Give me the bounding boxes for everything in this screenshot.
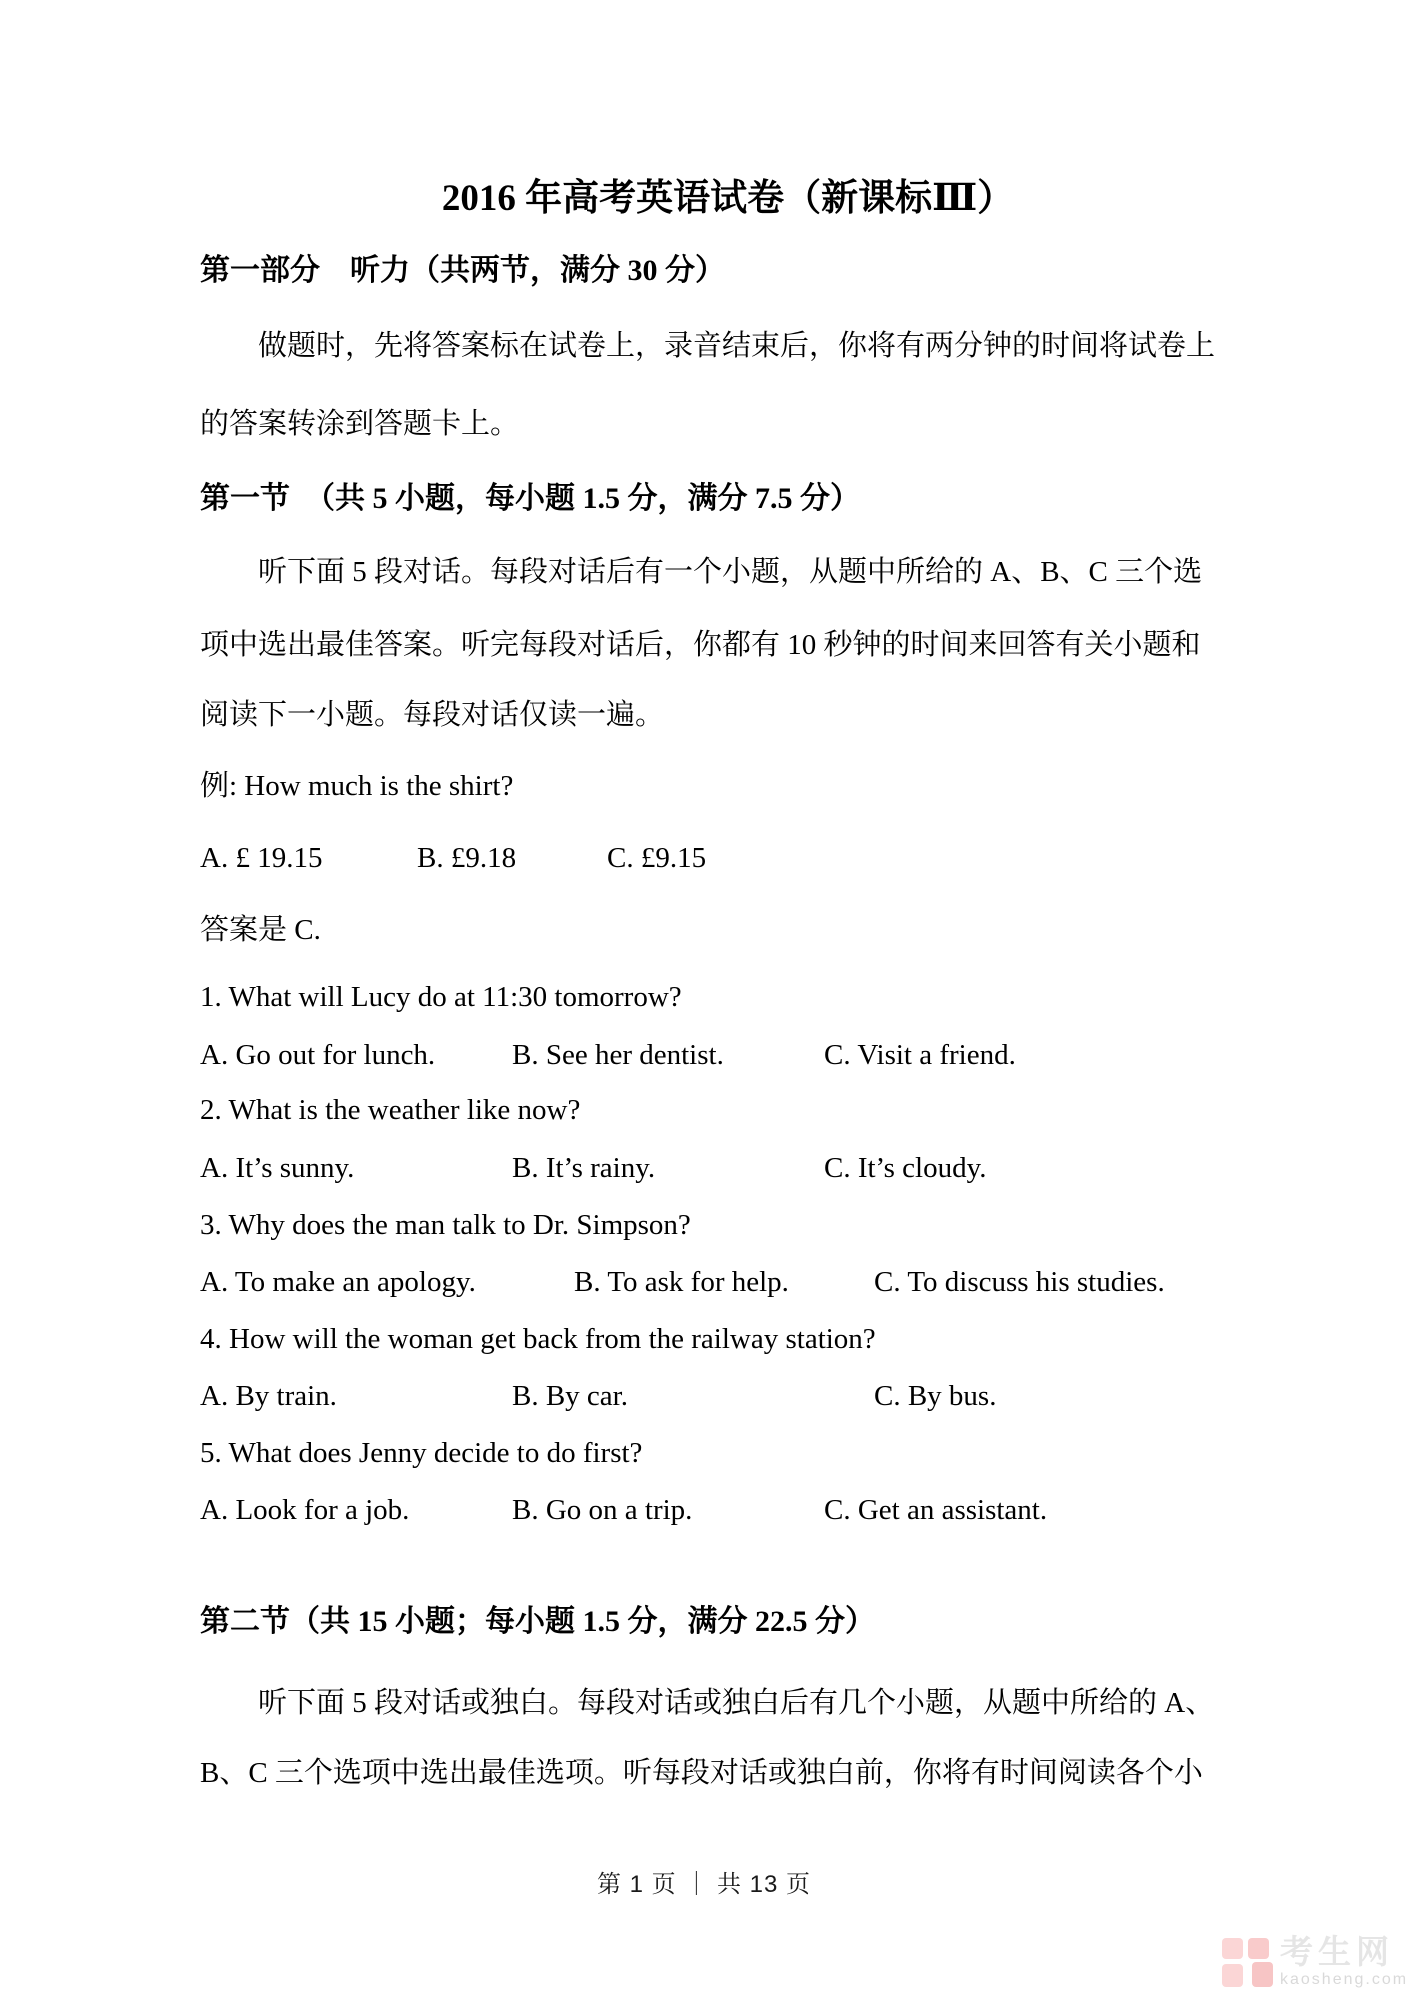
example-answer: 答案是 C. (200, 910, 1256, 950)
section1-instructions-line-1: 听下面 5 段对话。每段对话后有一个小题，从题中所给的 A、B、C 三个选 (200, 552, 1314, 592)
example-option-c: C. £9.15 (607, 838, 706, 878)
question-5-option-c: C. Get an assistant. (824, 1490, 1047, 1530)
section1-instructions-line-3: 阅读下一小题。每段对话仅读一遍。 (200, 695, 1256, 735)
watermark-text: 考生网 kaosheng.com (1280, 1934, 1408, 1989)
question-3-option-c: C. To discuss his studies. (874, 1262, 1165, 1302)
watermark-brand: 考生网 (1280, 1934, 1408, 1970)
question-1-options-row: A. Go out for lunch. B. See her dentist.… (200, 1035, 1256, 1075)
question-4-option-b: B. By car. (512, 1376, 628, 1416)
question-3-options-row: A. To make an apology. B. To ask for hel… (200, 1262, 1256, 1302)
watermark-domain: kaosheng.com (1280, 1970, 1408, 1989)
example-option-b: B. £9.18 (417, 838, 516, 878)
part1-heading: 第一部分 听力（共两节，满分 30 分） (200, 251, 1256, 291)
part1-intro-line-2: 的答案转涂到答题卡上。 (200, 404, 1256, 444)
section2-instructions-line-1: 听下面 5 段对话或独白。每段对话或独白后有几个小题，从题中所给的 A、 (200, 1683, 1314, 1723)
example-option-a: A. £ 19.15 (200, 838, 322, 878)
question-3-option-a: A. To make an apology. (200, 1262, 476, 1302)
section2-instructions-line-2: B、C 三个选项中选出最佳选项。听每段对话或独白前，你将有时间阅读各个小 (200, 1753, 1256, 1793)
section2-heading: 第二节（共 15 小题；每小题 1.5 分，满分 22.5 分） (200, 1602, 1256, 1642)
question-4-prompt: 4. How will the woman get back from the … (200, 1319, 1256, 1359)
site-watermark: 考生网 kaosheng.com (1222, 1934, 1402, 1994)
part1-intro-line-1: 做题时，先将答案标在试卷上，录音结束后，你将有两分钟的时间将试卷上 (200, 326, 1314, 366)
question-1-prompt: 1. What will Lucy do at 11:30 tomorrow? (200, 977, 1256, 1017)
exam-title: 2016 年高考英语试卷（新课标Ⅲ） (200, 175, 1256, 215)
example-options-row: A. £ 19.15 B. £9.18 C. £9.15 (200, 838, 1256, 878)
question-5-option-a: A. Look for a job. (200, 1490, 409, 1530)
question-1-option-b: B. See her dentist. (512, 1035, 724, 1075)
kaosheng-logo-icon (1222, 1934, 1276, 1990)
question-3-option-b: B. To ask for help. (574, 1262, 789, 1302)
section1-heading: 第一节 （共 5 小题，每小题 1.5 分，满分 7.5 分） (200, 479, 1256, 519)
example-prompt: 例: How much is the shirt? (200, 766, 1256, 806)
question-1-option-a: A. Go out for lunch. (200, 1035, 435, 1075)
question-2-prompt: 2. What is the weather like now? (200, 1090, 1256, 1130)
section1-instructions-line-2: 项中选出最佳答案。听完每段对话后，你都有 10 秒钟的时间来回答有关小题和 (200, 625, 1256, 665)
question-1-option-c: C. Visit a friend. (824, 1035, 1016, 1075)
question-4-option-a: A. By train. (200, 1376, 337, 1416)
question-2-option-a: A. It’s sunny. (200, 1148, 354, 1188)
page-footer: 第 1 页 ｜ 共 13 页 (0, 1868, 1408, 1902)
question-2-option-c: C. It’s cloudy. (824, 1148, 986, 1188)
question-5-option-b: B. Go on a trip. (512, 1490, 692, 1530)
question-2-option-b: B. It’s rainy. (512, 1148, 655, 1188)
question-5-options-row: A. Look for a job. B. Go on a trip. C. G… (200, 1490, 1256, 1530)
question-5-prompt: 5. What does Jenny decide to do first? (200, 1433, 1256, 1473)
question-3-prompt: 3. Why does the man talk to Dr. Simpson? (200, 1205, 1256, 1245)
question-4-option-c: C. By bus. (874, 1376, 996, 1416)
question-4-options-row: A. By train. B. By car. C. By bus. (200, 1376, 1256, 1416)
question-2-options-row: A. It’s sunny. B. It’s rainy. C. It’s cl… (200, 1148, 1256, 1188)
